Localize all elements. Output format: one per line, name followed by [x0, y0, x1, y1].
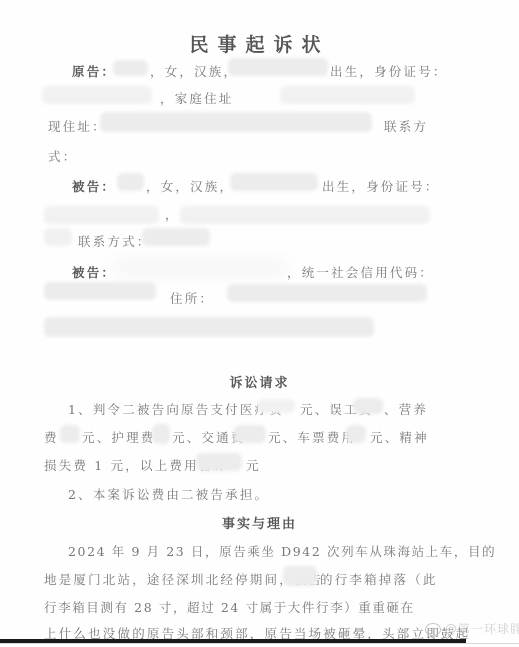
claim1-line2-b: 元、护理费	[82, 428, 156, 446]
redacted-nutrition-fee	[60, 425, 80, 443]
defendant1-gender-ethnicity: ，女，汉族，	[146, 177, 234, 195]
redacted-plaintiff-home-address	[280, 86, 415, 104]
redacted-lost-wages	[353, 398, 383, 414]
plaintiff-birth-id-label: 出生，身份证号：	[330, 62, 448, 80]
claim1-line2-d: 元、车票费用	[268, 428, 356, 446]
redacted-total-amount	[196, 453, 242, 471]
redacted-defendant1-address-end	[44, 228, 72, 246]
defendant1-separator: ，	[165, 205, 180, 223]
facts-heading: 事实与理由	[0, 513, 519, 532]
defendant2-label: 被告：	[72, 263, 116, 281]
document-title: 民事起诉状	[0, 30, 519, 57]
weibo-logo-icon	[425, 623, 441, 636]
redacted-transport-fee	[234, 425, 266, 443]
redacted-defendant1-birthdate	[230, 173, 318, 191]
bottom-divider	[0, 643, 519, 644]
claim1-line3-b: 元	[246, 456, 261, 474]
plaintiff-contact-label-a: 联系方	[384, 117, 428, 135]
facts-line1: 2024 年 9 月 23 日，原告乘坐 D942 次列车从珠海站上车，目的	[68, 542, 496, 560]
redacted-nursing-fee	[152, 424, 170, 444]
redacted-plaintiff-birthdate	[228, 58, 328, 76]
document-page: 民事起诉状 原告： ，女，汉族， 出生，身份证号： ，家庭住址 现住址： 联系方…	[0, 0, 519, 647]
redacted-plaintiff-current-address	[100, 112, 372, 132]
defendant2-credit-code-label: ，统一社会信用代码：	[287, 263, 434, 281]
claim1-line1-a: 1、判令二被告向原告支付医疗费	[68, 400, 284, 418]
redacted-defendant1-address	[180, 206, 430, 224]
plaintiff-home-address-label: ，家庭住址	[160, 89, 234, 107]
redacted-defendant-reference	[283, 566, 317, 586]
redacted-ticket-fee	[346, 425, 366, 443]
plaintiff-contact-label-b: 式：	[48, 147, 77, 165]
facts-line3: 行李箱目测有 28 寸，超过 24 寸属于大件行李）重重砸在	[44, 598, 415, 616]
defendant2-residence-label: 住所：	[170, 289, 214, 307]
redacted-defendant2-residence-cont	[44, 317, 374, 337]
redacted-defendant2-residence	[227, 284, 427, 302]
redacted-plaintiff-id	[42, 86, 152, 104]
plaintiff-gender-ethnicity: ，女，汉族，	[150, 62, 238, 80]
claim1-line1-c: 、营养	[384, 400, 428, 418]
redacted-defendant2-credit-code	[44, 282, 156, 300]
weibo-watermark: @第一环球胖哥	[425, 620, 519, 637]
redacted-defendant1-contact	[142, 228, 210, 246]
watermark-text: @第一环球胖哥	[445, 622, 519, 636]
claim1-line2-e: 元、精神	[370, 428, 429, 446]
facts-line2-b: 的行李箱掉落（此	[320, 570, 438, 588]
redacted-defendant1-name	[117, 173, 144, 191]
claim2: 2、本案诉讼费由二被告承担。	[68, 485, 269, 503]
plaintiff-current-address-label: 现住址：	[48, 117, 107, 135]
defendant1-contact-label: 联系方式：	[78, 232, 152, 250]
redacted-medical-fee	[257, 399, 295, 413]
claims-heading: 诉讼请求	[0, 372, 519, 391]
redacted-defendant1-id	[44, 206, 159, 224]
redacted-defendant2-name	[115, 258, 285, 278]
plaintiff-label: 原告：	[72, 62, 116, 80]
defendant1-birth-id-label: 出生，身份证号：	[322, 177, 440, 195]
facts-line2-a: 地是厦门北站，途径深圳北经停期间，被告	[44, 570, 323, 588]
defendant1-label: 被告：	[72, 177, 116, 195]
claim1-line2-a: 费	[44, 428, 59, 446]
redacted-plaintiff-name	[113, 60, 148, 76]
